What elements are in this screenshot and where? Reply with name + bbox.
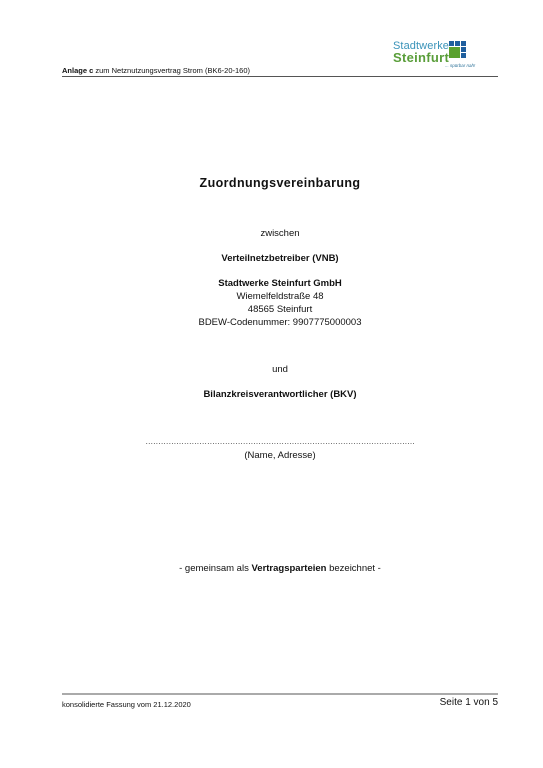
footer-version: konsolidierte Fassung vom 21.12.2020 [62, 700, 191, 709]
logo-tagline: ... spürbar nah! [445, 63, 475, 68]
logo-line2: Steinfurt [393, 50, 449, 65]
party1-name: Stadtwerke Steinfurt GmbH [62, 278, 498, 289]
header-annex: Anlage c zum Netznutzungsvertrag Strom (… [62, 66, 250, 75]
document-page: Stadtwerke Steinfurt ... spürbar nah! An… [0, 0, 543, 768]
signature-line: …………………………………………………………………………………………… [62, 437, 498, 446]
document-title: Zuordnungsvereinbarung [62, 176, 498, 190]
header-divider [62, 76, 498, 77]
party2-role: Bilanzkreisverantwortlicher (BKV) [62, 389, 498, 400]
party1-role: Verteilnetzbetreiber (VNB) [62, 253, 498, 264]
logo-grid-icon [449, 41, 467, 59]
header-annex-text: zum Netznutzungsvertrag Strom (BK6-20-16… [93, 66, 250, 75]
page-number: Seite 1 von 5 [440, 697, 498, 708]
closing-bold: Vertragsparteien [251, 563, 326, 574]
signature-caption: (Name, Adresse) [62, 450, 498, 461]
closing-post: bezeichnet - [326, 563, 380, 574]
closing-statement: - gemeinsam als Vertragsparteien bezeich… [62, 563, 498, 574]
closing-pre: - gemeinsam als [179, 563, 251, 574]
footer-divider [62, 693, 498, 695]
between-text: zwischen [62, 228, 498, 239]
party1-street: Wiemelfeldstraße 48 [62, 291, 498, 302]
party1-city: 48565 Steinfurt [62, 304, 498, 315]
company-logo: Stadtwerke Steinfurt ... spürbar nah! [393, 40, 503, 70]
and-text: und [62, 364, 498, 375]
party1-code: BDEW-Codenummer: 9907775000003 [62, 317, 498, 328]
header-annex-label: Anlage c [62, 66, 93, 75]
